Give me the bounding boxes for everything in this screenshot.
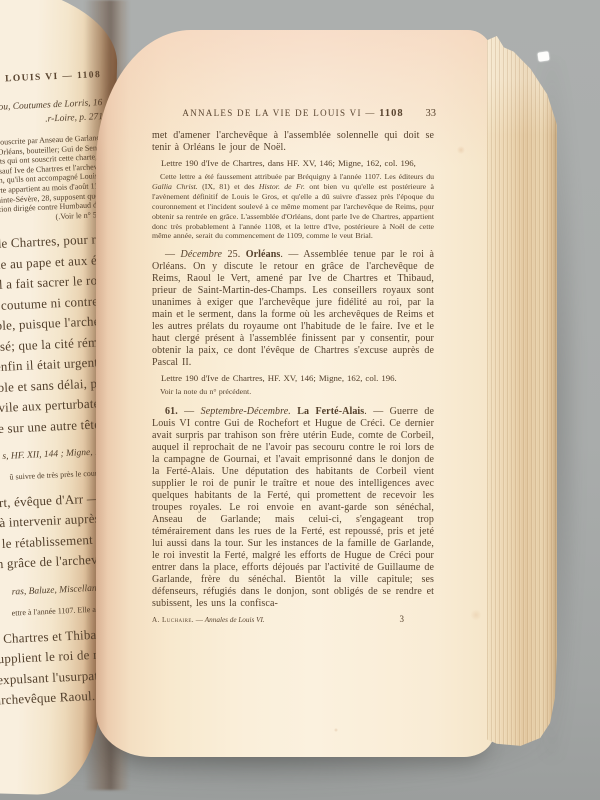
text-segment: 61.: [165, 406, 178, 417]
text-segment: Histor. de Fr.: [259, 182, 305, 191]
text-segment: Lettre 190 d'Ive de Chartres, dans HF. X…: [161, 158, 416, 168]
sheet-number: 3: [400, 614, 405, 624]
right-page: ANNALES DE LA VIE DE LOUIS VI — 1108 33 …: [96, 30, 494, 757]
text-segment: A. Luchaire.: [152, 616, 194, 624]
text-segment: 25.: [222, 249, 246, 260]
text-segment: —: [165, 249, 181, 260]
right-page-text-block: ANNALES DE LA VIE DE LOUIS VI — 1108 33 …: [152, 108, 434, 624]
text-segment: 1108: [379, 108, 403, 119]
running-header: ANNALES DE LA VIE DE LOUIS VI — 1108 33: [152, 108, 434, 119]
text-segment: La Ferté-Alais: [297, 406, 364, 417]
text-segment: Annales de Louis VI.: [205, 616, 265, 624]
paragraph-december-25-orleans: — Décembre 25. Orléans. — Assemblée tenu…: [152, 249, 434, 369]
page-number: 33: [426, 108, 437, 119]
text-segment: Gallia Christ.: [152, 182, 198, 191]
text-segment: Septembre-Décembre.: [201, 406, 291, 417]
fore-edge-highlight: [537, 51, 549, 61]
footnote-reference: Voir la note du n° précédent.: [152, 387, 434, 397]
paragraph-continuation: met d'amener l'archevêque à l'assemblée …: [152, 130, 434, 154]
text-segment: Voir la note du n° précédent.: [160, 387, 251, 396]
text-segment: . — Guerre de Louis VI contre Gui de Roc…: [152, 406, 434, 609]
text-segment: . — Assemblée tenue par le roi à Orléans…: [152, 249, 434, 368]
text-segment: —: [194, 616, 205, 624]
text-segment: Cette lettre a été faussement attribuée …: [160, 172, 434, 181]
book-photo-scene: LA VIE DE LOUIS VI — 1108et Prou, Coutum…: [0, 0, 600, 800]
fore-edge-pages: [487, 36, 557, 748]
running-header-title: ANNALES DE LA VIE DE LOUIS VI — 1108: [182, 108, 403, 118]
text-segment: Lettre 190 d'Ive de Chartres, HF. XV, 14…: [161, 373, 397, 383]
text-segment: Décembre: [181, 249, 223, 260]
page-footer: A. Luchaire. — Annales de Louis VI. 3: [152, 614, 434, 624]
citation-line-2: Lettre 190 d'Ive de Chartres, HF. XV, 14…: [152, 373, 434, 384]
citation-line-1: Lettre 190 d'Ive de Chartres, dans HF. X…: [152, 158, 434, 169]
text-segment: —: [178, 406, 201, 417]
text-segment: (IX, 81) et des: [198, 182, 259, 191]
text-segment: met d'amener l'archevêque à l'assemblée …: [152, 130, 434, 153]
paragraph-61-la-ferte-alais: 61. — Septembre-Décembre. La Ferté-Alais…: [152, 406, 434, 610]
text-segment: Orléans: [246, 249, 281, 260]
footnote-text: Cette lettre a été faussement attribuée …: [152, 172, 434, 241]
text-segment: ANNALES DE LA VIE DE LOUIS VI —: [182, 108, 379, 118]
printer-signature: A. Luchaire. — Annales de Louis VI.: [152, 616, 265, 624]
